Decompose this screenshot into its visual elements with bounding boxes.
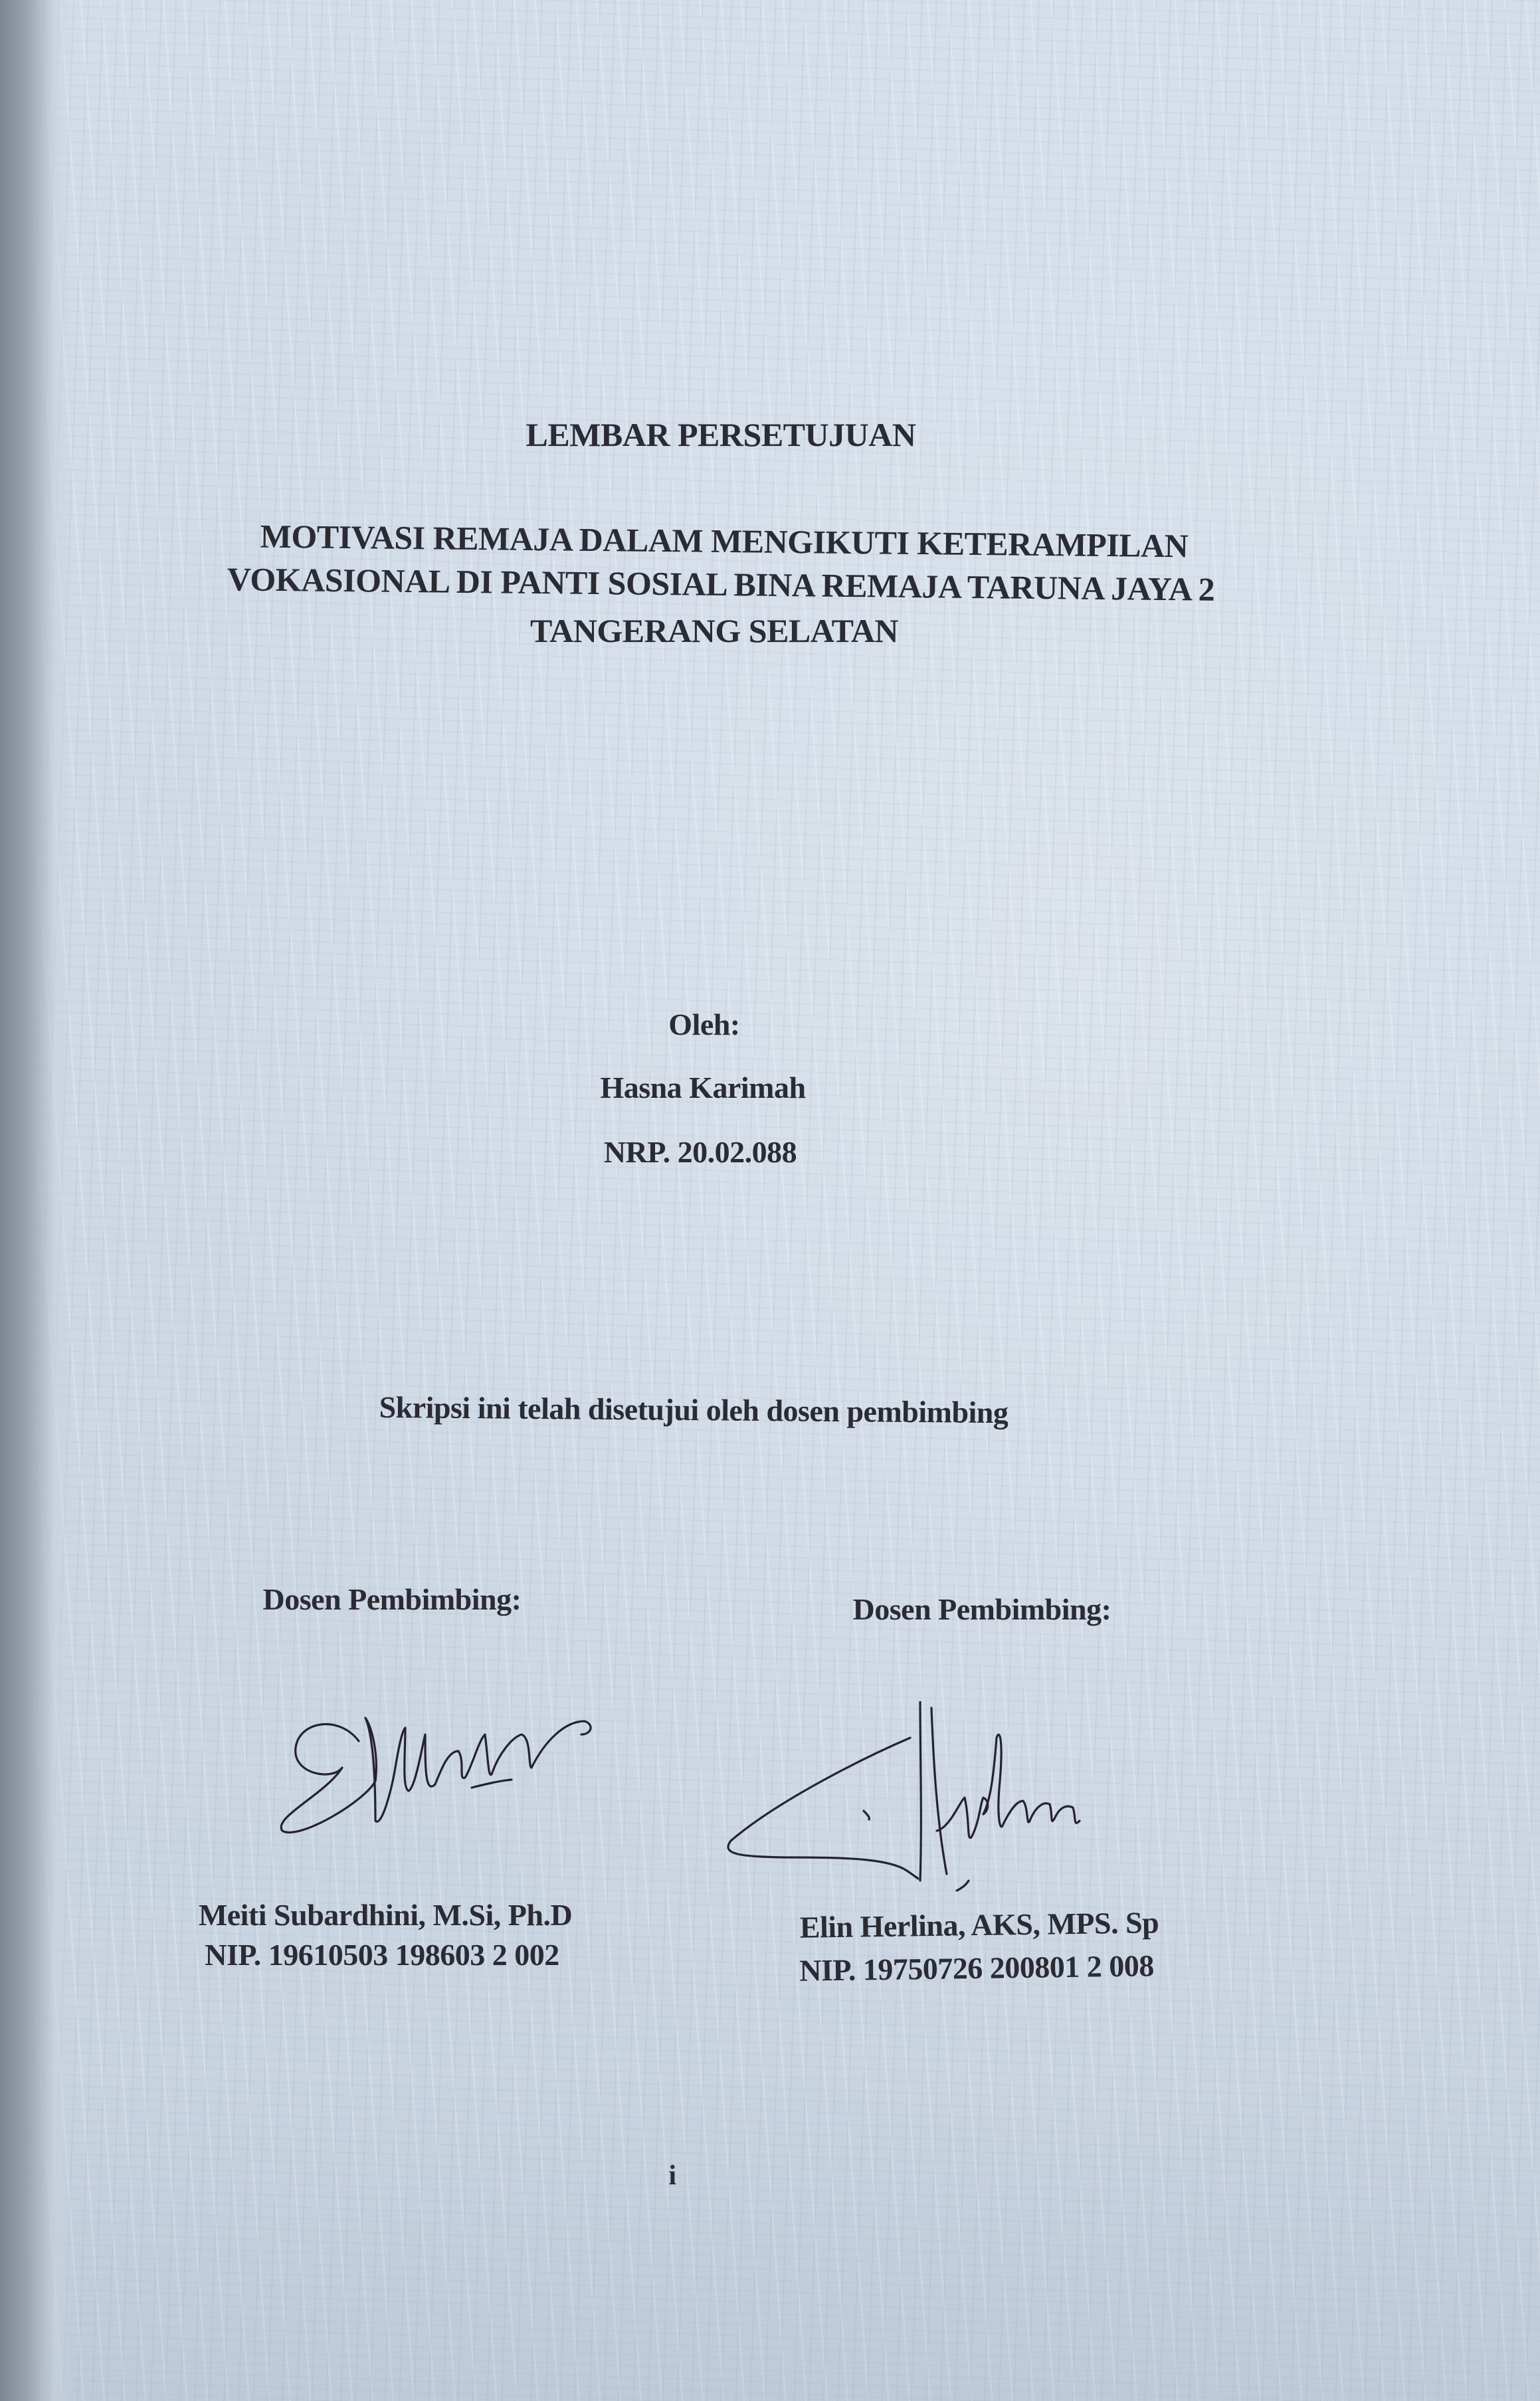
supervisor-2-signature: [718, 1701, 1143, 1914]
by-label: Oleh:: [668, 1007, 739, 1042]
thesis-title-line-1: MOTIVASI REMAJA DALAM MENGIKUTI KETERAMP…: [260, 517, 1188, 566]
supervisor-2-name: Elin Herlina, AKS, MPS. Sp: [799, 1905, 1159, 1945]
page-shading: [0, 2069, 1540, 2401]
approval-statement: Skripsi ini telah disetujui oleh dosen p…: [379, 1390, 1008, 1430]
supervisor-2-nip: NIP. 19750726 200801 2 008: [799, 1948, 1154, 1988]
supervisor-1-signature: [259, 1668, 605, 1841]
student-id: NRP. 20.02.088: [604, 1134, 797, 1170]
supervisor-1-label: Dosen Pembimbing:: [263, 1582, 522, 1617]
supervisor-2-label: Dosen Pembimbing:: [853, 1592, 1111, 1627]
document-page: LEMBAR PERSETUJUAN MOTIVASI REMAJA DALAM…: [0, 0, 1540, 2401]
author-name: Hasna Karimah: [600, 1070, 805, 1105]
thesis-title-line-3: TANGERANG SELATAN: [530, 611, 898, 650]
supervisor-1-nip: NIP. 19610503 198603 2 002: [205, 1937, 559, 1972]
thesis-title-line-2: VOKASIONAL DI PANTI SOSIAL BINA REMAJA T…: [227, 560, 1215, 609]
page-number: i: [668, 2160, 676, 2192]
paper-texture: [0, 0, 1540, 2401]
binding-shadow: [0, 0, 73, 2401]
supervisor-1-name: Meiti Subardhini, M.Si, Ph.D: [199, 1897, 572, 1932]
page-heading: LEMBAR PERSETUJUAN: [526, 415, 916, 454]
